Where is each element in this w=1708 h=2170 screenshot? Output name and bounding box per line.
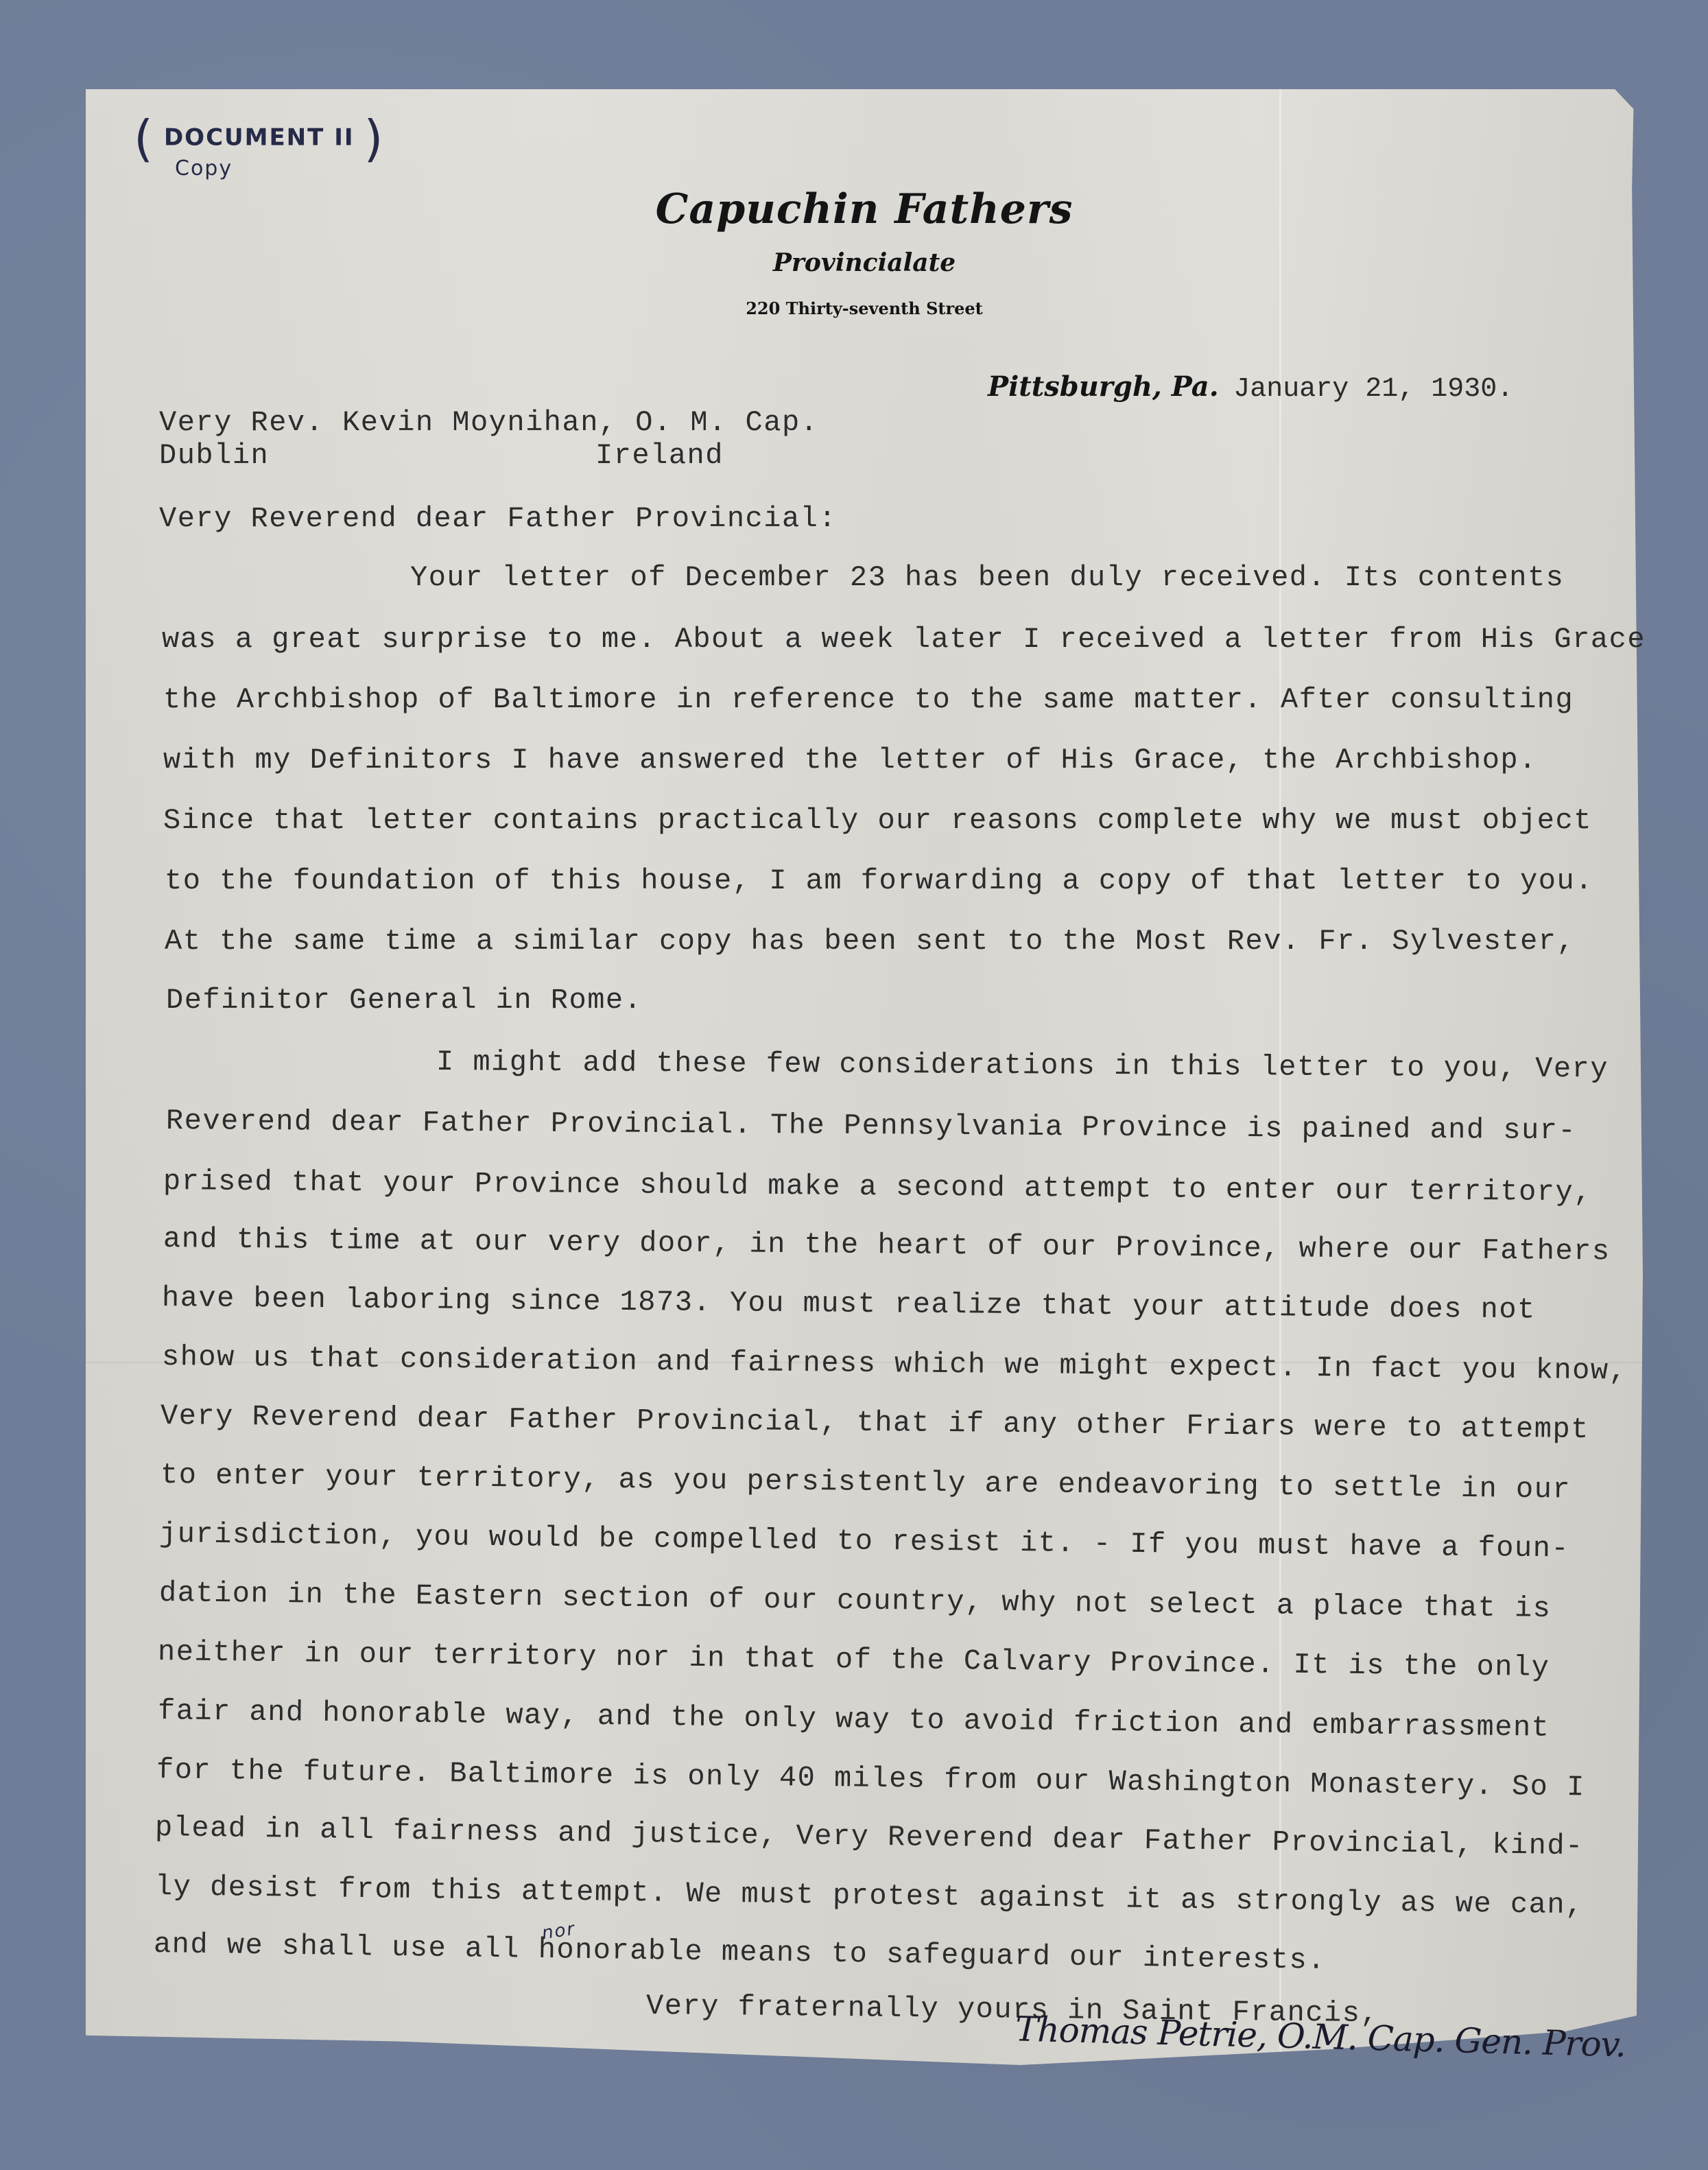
letterhead-organization: Capuchin Fathers — [86, 185, 1643, 233]
letterhead-office: Provincialate — [86, 248, 1643, 277]
handwritten-document-label: ( DOCUMENT II ) — [134, 110, 384, 167]
dateline-city: Pittsburgh, Pa. — [988, 370, 1219, 403]
dateline-date: January 21, 1930. — [1233, 374, 1513, 405]
body-line: to the foundation of this house, I am fo… — [165, 864, 1593, 897]
body-line: was a great surprise to me. About a week… — [162, 623, 1646, 656]
document-number: II — [334, 124, 354, 152]
body-line: Your letter of December 23 has been duly… — [410, 561, 1564, 594]
body-line: with my Definitors I have answered the l… — [163, 744, 1537, 777]
recipient-country: Ireland — [595, 439, 724, 472]
recipient-name: Very Rev. Kevin Moynihan, O. M. Cap. — [159, 406, 818, 439]
body-line: At the same time a similar copy has been… — [165, 925, 1575, 958]
document-label-text: DOCUMENT — [164, 124, 324, 152]
letterhead-address: 220 Thirty-seventh Street — [86, 298, 1643, 318]
body-line: Since that letter contains practically o… — [163, 804, 1592, 837]
handwritten-copy-note: Copy — [175, 156, 233, 180]
body-line: the Archbishop of Baltimore in reference… — [163, 683, 1574, 716]
recipient-city: Dublin — [159, 439, 269, 472]
salutation: Very Reverend dear Father Provincial: — [159, 502, 837, 535]
dateline: Pittsburgh, Pa. January 21, 1930. — [988, 370, 1513, 405]
body-line: Definitor General in Rome. — [166, 984, 642, 1017]
